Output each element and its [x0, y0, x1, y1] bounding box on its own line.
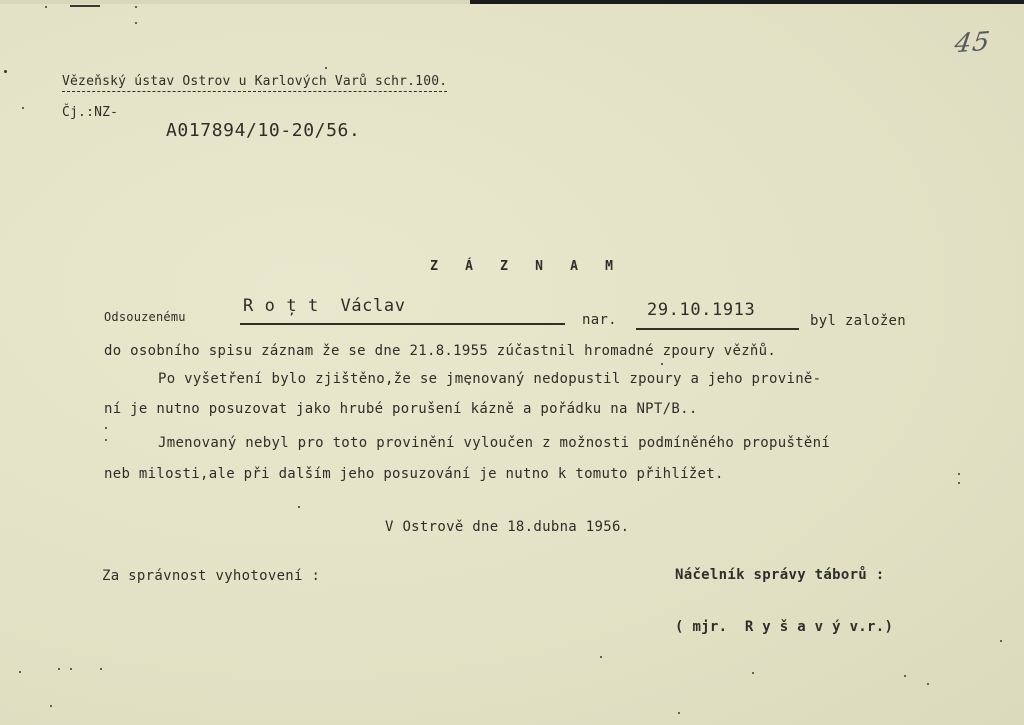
- certification-label: Za správnost vyhotovení :: [102, 569, 320, 583]
- reference-number: A017894/10-20/56.: [166, 122, 360, 140]
- title-letter: Z: [500, 260, 535, 273]
- scan-speck: [904, 675, 906, 677]
- scan-speck: [70, 5, 100, 7]
- scan-speck: [958, 473, 960, 475]
- scan-speck: [678, 712, 680, 714]
- title-letter: Z: [430, 260, 465, 273]
- scan-speck: [468, 383, 470, 385]
- scan-speck: [19, 671, 21, 673]
- scan-speck: [325, 67, 327, 69]
- born-date: 29.10.1913: [647, 302, 755, 319]
- record-para3-line1: Jmenovaný nebyl pro toto provinění vylou…: [158, 436, 830, 450]
- record-line-2: do osobního spisu záznam že se dne 21.8.…: [104, 344, 776, 358]
- handwritten-page-number: 45: [953, 27, 993, 59]
- scan-speck: [1000, 640, 1002, 642]
- record-para2-line2: ní je nutno posuzovat jako hrubé porušen…: [104, 402, 698, 416]
- scan-top-edge: [0, 0, 1024, 4]
- convict-name: R o ț t Václav: [243, 298, 406, 315]
- document-page: 45 Vězeňský ústav Ostrov u Karlových Var…: [0, 0, 1024, 725]
- scan-speck: [70, 668, 72, 670]
- scan-speck: [661, 363, 663, 365]
- scan-speck: [752, 672, 754, 674]
- scan-speck: [298, 506, 300, 508]
- scan-speck: [958, 482, 960, 484]
- signatory-name: ( mjr. R y š a v ý v.r.): [675, 620, 893, 634]
- scan-speck: [100, 668, 102, 670]
- name-underline: [240, 323, 565, 325]
- scan-speck: [105, 427, 107, 429]
- institution-header: Vězeňský ústav Ostrov u Karlových Varů s…: [62, 75, 447, 92]
- scan-speck: [45, 6, 47, 8]
- scan-speck: [22, 107, 24, 109]
- place-date: V Ostrově dne 18.dubna 1956.: [385, 520, 629, 534]
- date-underline: [636, 328, 799, 330]
- title-letter: M: [605, 260, 640, 273]
- title-letter: A: [570, 260, 605, 273]
- scan-speck: [135, 6, 137, 8]
- signatory-title: Náčelník správy táborů :: [675, 568, 885, 582]
- document-title: ZÁZNAM: [398, 247, 640, 286]
- scan-speck: [105, 439, 107, 441]
- scan-speck: [58, 668, 60, 670]
- convict-label: Odsouzenému: [104, 311, 186, 323]
- scan-speck: [927, 683, 929, 685]
- title-letter: N: [535, 260, 570, 273]
- title-letter: Á: [465, 260, 500, 273]
- record-para3-line2: neb milosti,ale při dalším jeho posuzová…: [104, 467, 724, 481]
- scan-speck: [135, 22, 137, 24]
- line1-suffix: byl založen: [810, 314, 906, 328]
- scan-speck: [4, 70, 7, 73]
- scan-speck: [50, 705, 52, 707]
- scan-speck: [600, 656, 602, 658]
- record-para2-line1: Po vyšetření bylo zjištěno,že se jmenova…: [158, 372, 821, 386]
- born-label: nar.: [582, 313, 617, 327]
- reference-label: Čj.:NZ-: [62, 106, 118, 119]
